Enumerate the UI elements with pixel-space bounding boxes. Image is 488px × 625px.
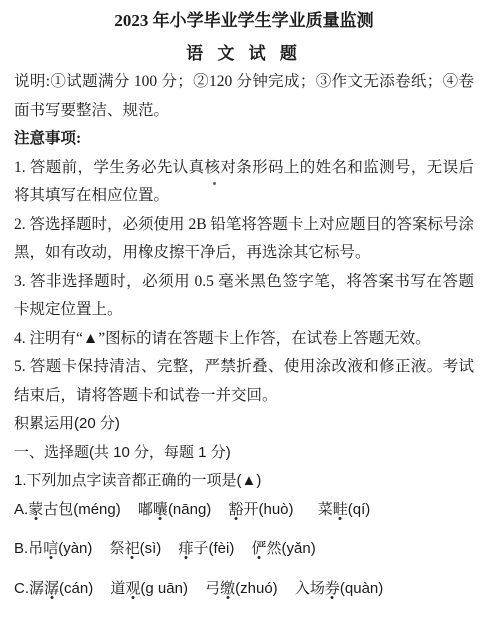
word-pinyin: (méng) xyxy=(73,501,121,518)
word-emphasized-char: 俨 xyxy=(252,540,267,557)
option-a-word-4: 菜畦(qí) xyxy=(318,501,371,518)
exam-instructions: 说明:①试题满分 100 分；②120 分钟完成；③作文无添卷纸；④卷面书写要整… xyxy=(14,68,474,125)
option-c-word-3: 弓缴(zhuó) xyxy=(205,580,278,597)
notes-heading: 注意事项: xyxy=(14,125,474,154)
word-pinyin: (cán) xyxy=(59,580,93,597)
word-pinyin: (g uān) xyxy=(140,580,188,597)
word-emphasized-char: 观 xyxy=(125,580,140,597)
word-pinyin: (yǎn) xyxy=(282,540,316,557)
option-row-b: B.吊唁(yàn) 祭祀(sì) 痱子(fèi) 俨然(yǎn) xyxy=(14,535,474,564)
exam-paper-page: 2023 年小学毕业学生学业质量监测 语 文 试 题 说明:①试题满分 100 … xyxy=(0,0,488,625)
word-head: 吊 xyxy=(28,540,43,557)
option-row-a: A.蒙古包(méng) 嘟囔(nāng) 豁开(huò) 菜畦(qí) xyxy=(14,496,474,525)
word-head: 弓 xyxy=(205,580,220,597)
word-pinyin: (huò) xyxy=(259,501,294,518)
word-tail: 然 xyxy=(267,540,282,557)
word-head: 嘟 xyxy=(138,501,153,518)
option-label-c: C. xyxy=(14,580,29,597)
word-tail: 子 xyxy=(193,540,208,557)
word-emphasized-char: 痱 xyxy=(178,540,193,557)
word-emphasized-char: 潺 xyxy=(44,580,59,597)
word-emphasized-char: 券 xyxy=(325,580,340,597)
part-heading: 一、选择题(共 10 分，每题 1 分) xyxy=(14,439,474,468)
word-emphasized-char: 缴 xyxy=(220,580,235,597)
note-1: 1. 答题前，学生务必先认真核对条形码上的姓名和监测号，无误后将其填写在相应位置… xyxy=(14,154,474,211)
word-emphasized-char: 祀 xyxy=(125,540,140,557)
note-2: 2. 答选择题时，必须使用 2B 铅笔将答题卡上对应题目的答案标号涂黑，如有改动… xyxy=(14,211,474,268)
option-c-word-1: 潺潺(cán) xyxy=(29,580,93,597)
word-pinyin: (nāng) xyxy=(168,501,211,518)
option-row-c: C.潺潺(cán) 道观(g uān) 弓缴(zhuó) 入场券(quàn) xyxy=(14,575,474,604)
word-emphasized-char: 唁 xyxy=(43,540,58,557)
option-a-word-1: 蒙古包(méng) xyxy=(28,501,121,518)
word-pinyin: (sì) xyxy=(140,540,162,557)
section-heading: 积累运用(20 分) xyxy=(14,410,474,439)
question-1: 1.下列加点字读音都正确的一项是(▲) xyxy=(14,467,474,496)
option-b-word-4: 俨然(yǎn) xyxy=(252,540,316,557)
note-5: 5. 答题卡保持清洁、完整，严禁折叠、使用涂改液和修正液。考试结束后，请将答题卡… xyxy=(14,353,474,410)
word-pinyin: (yàn) xyxy=(58,540,92,557)
option-b-word-2: 祭祀(sì) xyxy=(110,540,162,557)
word-head: 入场 xyxy=(295,580,325,597)
option-a-word-3: 豁开(huò) xyxy=(228,501,293,518)
word-pinyin: (zhuó) xyxy=(235,580,278,597)
option-a-word-2: 嘟囔(nāng) xyxy=(138,501,211,518)
word-head: 潺 xyxy=(29,580,44,597)
page-subtitle: 语 文 试 题 xyxy=(14,43,474,65)
word-emphasized-char: 囔 xyxy=(153,501,168,518)
option-label-b: B. xyxy=(14,540,28,557)
note-3: 3. 答非选择题时，必须用 0.5 毫米黑色签字笔，将答案书写在答题卡规定位置上… xyxy=(14,268,474,325)
word-tail: 开 xyxy=(243,501,258,518)
option-b-word-3: 痱子(fèi) xyxy=(178,540,234,557)
word-tail: 古包 xyxy=(43,501,73,518)
page-title: 2023 年小学毕业学生学业质量监测 xyxy=(14,10,474,32)
word-emphasized-char: 蒙 xyxy=(28,501,43,518)
word-pinyin: (qí) xyxy=(348,501,371,518)
word-pinyin: (quàn) xyxy=(340,580,383,597)
option-label-a: A. xyxy=(14,501,28,518)
option-c-word-4: 入场券(quàn) xyxy=(295,580,383,597)
word-emphasized-char: 畦 xyxy=(333,501,348,518)
option-b-word-1: 吊唁(yàn) xyxy=(28,540,92,557)
word-head: 祭 xyxy=(110,540,125,557)
word-emphasized-char: 豁 xyxy=(228,501,243,518)
scan-artifact-dot xyxy=(213,182,216,185)
word-pinyin: (fèi) xyxy=(208,540,234,557)
word-head: 菜 xyxy=(318,501,333,518)
note-4: 4. 注明有“▲”图标的请在答题卡上作答，在试卷上答题无效。 xyxy=(14,325,474,354)
option-c-word-2: 道观(g uān) xyxy=(110,580,188,597)
word-head: 道 xyxy=(110,580,125,597)
